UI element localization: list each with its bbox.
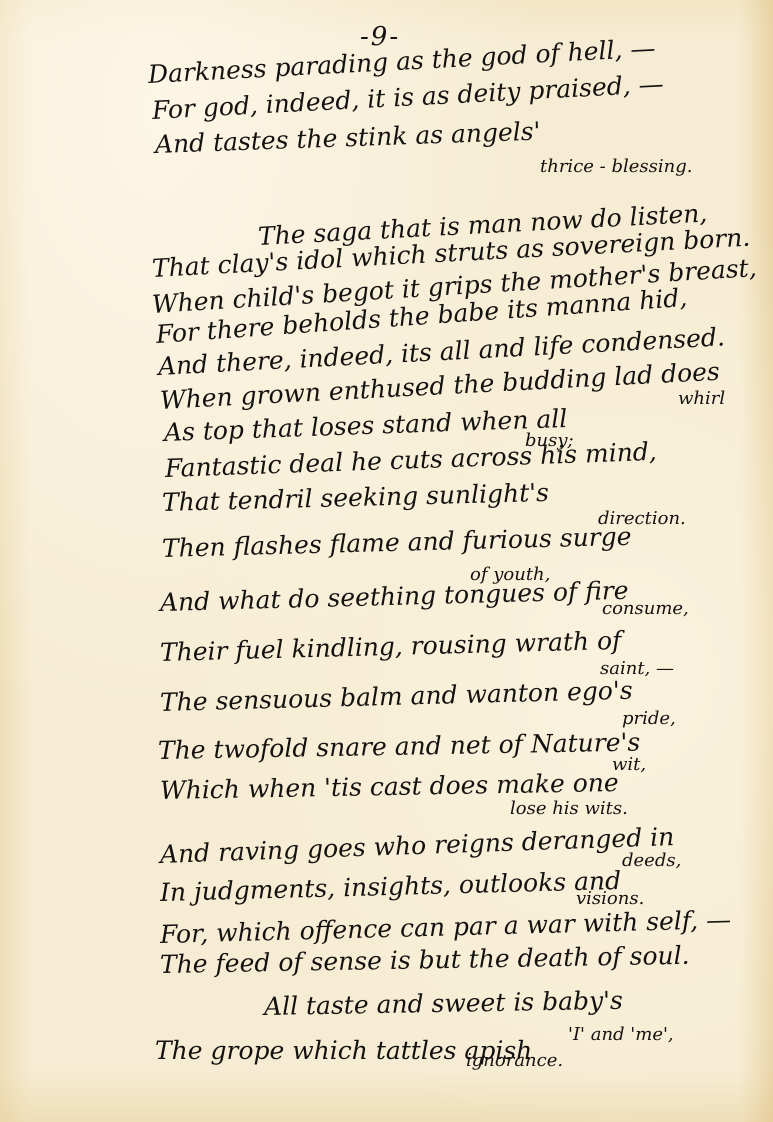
manuscript-line-continuation: lose his wits. [510,800,628,818]
manuscript-line: That tendril seeking sunlight's [162,480,550,515]
manuscript-line-continuation: 'I' and 'me', [568,1026,674,1044]
manuscript-line: All taste and sweet is baby's [264,988,623,1019]
manuscript-line-continuation: ignorance. [466,1052,563,1070]
manuscript-line-continuation: visions. [576,890,644,908]
manuscript-line: Their fuel kindling, rousing wrath of [160,628,622,665]
manuscript-line: In judgments, insights, outlooks and [160,868,622,905]
manuscript-line: And tastes the stink as angels' [155,119,541,157]
manuscript-line: And raving goes who reigns deranged in [160,824,675,867]
manuscript-line: The twofold snare and net of Nature's [158,730,641,763]
manuscript-line: Fantastic deal he cuts across his mind, [165,439,658,481]
manuscript-line-continuation: whirl [678,390,725,408]
manuscript-line-continuation: consume, [602,600,689,618]
manuscript-line: As top that loses stand when all [164,406,568,445]
manuscript-page: -9- Darkness parading as the god of hell… [0,0,773,1122]
manuscript-line-continuation: pride, [622,710,676,728]
manuscript-line: Then flashes flame and furious surge [162,524,632,561]
manuscript-line: The feed of sense is but the death of so… [160,943,690,977]
manuscript-line-continuation: thrice - blessing. [540,158,692,176]
manuscript-line: The sensuous balm and wanton ego's [160,678,633,715]
manuscript-line-continuation: deeds, [622,852,681,870]
manuscript-line: And what do seething tongues of fire [160,578,629,615]
